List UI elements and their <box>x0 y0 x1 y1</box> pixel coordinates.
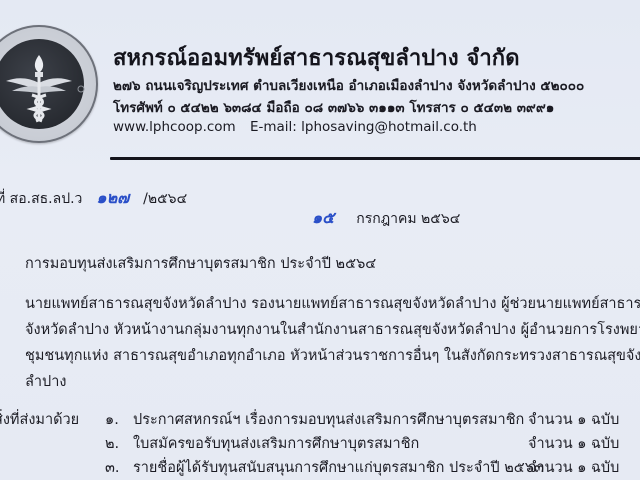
caduceus-torch-seal-icon <box>0 25 98 143</box>
contact-web-email: www.lphcoop.com E-mail: lphosaving@hotma… <box>113 119 487 135</box>
enclosure-number: ๓. <box>105 456 133 479</box>
enclosure-text: ใบสมัครขอรับทุนส่งเสริมการศึกษาบุตรสมาชิ… <box>133 436 419 452</box>
enclosure-item: ๒.ใบสมัครขอรับทุนส่งเสริมการศึกษาบุตรสมา… <box>105 432 419 455</box>
date-month-year: กรกฎาคม ๒๕๖๔ <box>356 211 460 227</box>
email-link[interactable]: E-mail: lphosaving@hotmail.co.th <box>250 119 477 135</box>
enclosure-quantity: จำนวน ๑ ฉบับ <box>528 432 619 455</box>
addressee-line: ลำปาง <box>25 370 66 393</box>
organization-name: สหกรณ์ออมทรัพย์สาธารณสุขลำปาง จำกัด <box>113 40 520 75</box>
letter-subject: การมอบทุนส่งเสริมการศึกษาบุตรสมาชิก ประจ… <box>25 252 376 275</box>
reference-year: /๒๕๖๔ <box>143 191 187 207</box>
date-handwritten-day: ๑๕ <box>312 208 334 227</box>
reference-handwritten-number: ๑๒๗ <box>96 188 129 207</box>
enclosure-item: ๑.ประกาศสหกรณ์ฯ เรื่องการมอบทุนส่งเสริมก… <box>105 408 524 431</box>
scanned-letter-page: สหกรณ์ออมทรัพย์สาธารณสุขลำปาง จำกัด ๒๗๖ … <box>0 0 640 480</box>
enclosure-quantity: จำนวน ๑ ฉบับ <box>528 456 619 479</box>
cooperative-seal-logo <box>0 25 98 143</box>
enclosure-quantity: จำนวน ๑ ฉบับ <box>528 408 619 431</box>
organization-phones: โทรศัพท์ ๐ ๕๔๒๒ ๖๓๘๔ มือถือ ๐๘ ๓๗๖๖ ๓๑๑๓… <box>113 96 554 118</box>
addressee-line: ชุมชนทุกแห่ง สาธารณสุขอำเภอทุกอำเภอ หัวห… <box>25 344 640 367</box>
enclosures-label: สิ่งที่ส่งมาด้วย <box>0 408 79 431</box>
organization-address: ๒๗๖ ถนนเจริญประเทศ ตำบลเวียงเหนือ อำเภอเ… <box>113 74 584 96</box>
addressee-line: จังหวัดลำปาง หัวหน้างานกลุ่มงานทุกงานในส… <box>25 318 640 341</box>
enclosure-number: ๒. <box>105 432 133 455</box>
reference-number: ที่ สอ.สธ.ลป.ว๑๒๗/๒๕๖๔ <box>0 186 187 211</box>
enclosure-item: ๓.รายชื่อผู้ได้รับทุนสนับสนุนการศึกษาแก่… <box>105 456 544 479</box>
addressee-line: นายแพทย์สาธารณสุขจังหวัดลำปาง รองนายแพทย… <box>25 292 640 315</box>
enclosure-text: ประกาศสหกรณ์ฯ เรื่องการมอบทุนส่งเสริมการ… <box>133 412 524 428</box>
website-link[interactable]: www.lphcoop.com <box>113 119 236 135</box>
letterhead-divider <box>110 157 640 160</box>
enclosure-text: รายชื่อผู้ได้รับทุนสนับสนุนการศึกษาแก่บุ… <box>133 460 544 476</box>
reference-prefix: ที่ สอ.สธ.ลป.ว <box>0 191 82 207</box>
letter-date: ๑๕กรกฎาคม ๒๕๖๔ <box>312 206 460 231</box>
enclosure-number: ๑. <box>105 408 133 431</box>
